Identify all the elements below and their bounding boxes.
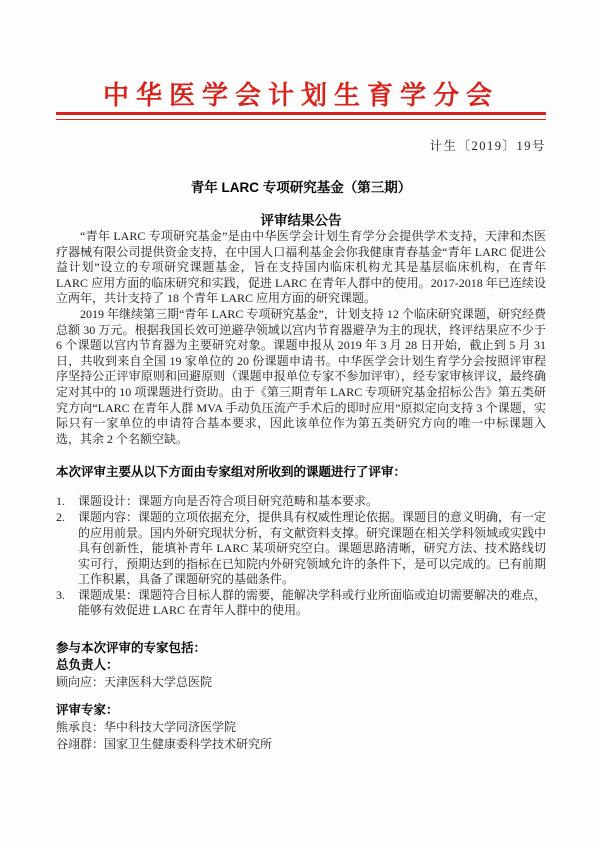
document-subtitle: 评审结果公告 — [56, 212, 546, 229]
list-item-number: 1. — [56, 494, 78, 510]
list-item-number: 3. — [56, 588, 78, 619]
letterhead-rule-thick — [56, 112, 546, 115]
reviewer-expert: 熊承良：华中科技大学同济医学院 — [56, 719, 546, 736]
reviewers-label: 评审专家： — [56, 702, 546, 719]
document-page: 中华医学会计划生育学分会 计生〔2019〕19号 青年 LARC 专项研究基金（… — [0, 0, 600, 848]
letterhead-rule-thin — [56, 119, 546, 120]
list-item: 3. 课题成果：课题符合目标人群的需要，能解决学科或行业所面临或迫切需要解决的难… — [56, 588, 546, 619]
experts-heading: 参与本次评审的专家包括： — [56, 640, 546, 657]
list-item-number: 2. — [56, 510, 78, 588]
organization-title: 中华医学会计划生育学分会 — [56, 82, 546, 110]
criteria-list: 1. 课题设计：课题方向是否符合项目研究范畴和基本要求。 2. 课题内容：课题的… — [56, 494, 546, 619]
review-criteria-heading: 本次评审主要从以下方面由专家组对所收到的课题进行了评审： — [56, 464, 546, 480]
document-number: 计生〔2019〕19号 — [56, 138, 546, 155]
lead-expert-label: 总负责人： — [56, 657, 546, 674]
document-title: 青年 LARC 专项研究基金（第三期） — [56, 179, 546, 196]
list-item: 2. 课题内容：课题的立项依据充分，提供具有权威性理论依据。课题目的意义明确，有… — [56, 510, 546, 588]
paragraph-intro: “青年 LARC 专项研究基金”是由中华医学会计划生育学分会提供学术支持，天津和… — [56, 229, 546, 307]
lead-expert: 顾向应：天津医科大学总医院 — [56, 674, 546, 691]
reviewer-expert: 谷翊群：国家卫生健康委科学技术研究所 — [56, 736, 546, 753]
list-item-text: 课题成果：课题符合目标人群的需要，能解决学科或行业所面临或迫切需要解决的难点，能… — [78, 588, 546, 619]
list-item-text: 课题内容：课题的立项依据充分，提供具有权威性理论依据。课题目的意义明确，有一定的… — [78, 510, 546, 588]
list-item: 1. 课题设计：课题方向是否符合项目研究范畴和基本要求。 — [56, 494, 546, 510]
body-text: “青年 LARC 专项研究基金”是由中华医学会计划生育学分会提供学术支持，天津和… — [56, 229, 546, 447]
experts-section: 参与本次评审的专家包括： 总负责人： 顾向应：天津医科大学总医院 评审专家： 熊… — [56, 640, 546, 753]
paragraph-review-process: 2019 年继续第三期“青年 LARC 专项研究基金”，计划支持 12 个临床研… — [56, 307, 546, 447]
list-item-text: 课题设计：课题方向是否符合项目研究范畴和基本要求。 — [78, 494, 546, 510]
letterhead: 中华医学会计划生育学分会 — [56, 82, 546, 120]
section-spacer — [56, 691, 546, 702]
